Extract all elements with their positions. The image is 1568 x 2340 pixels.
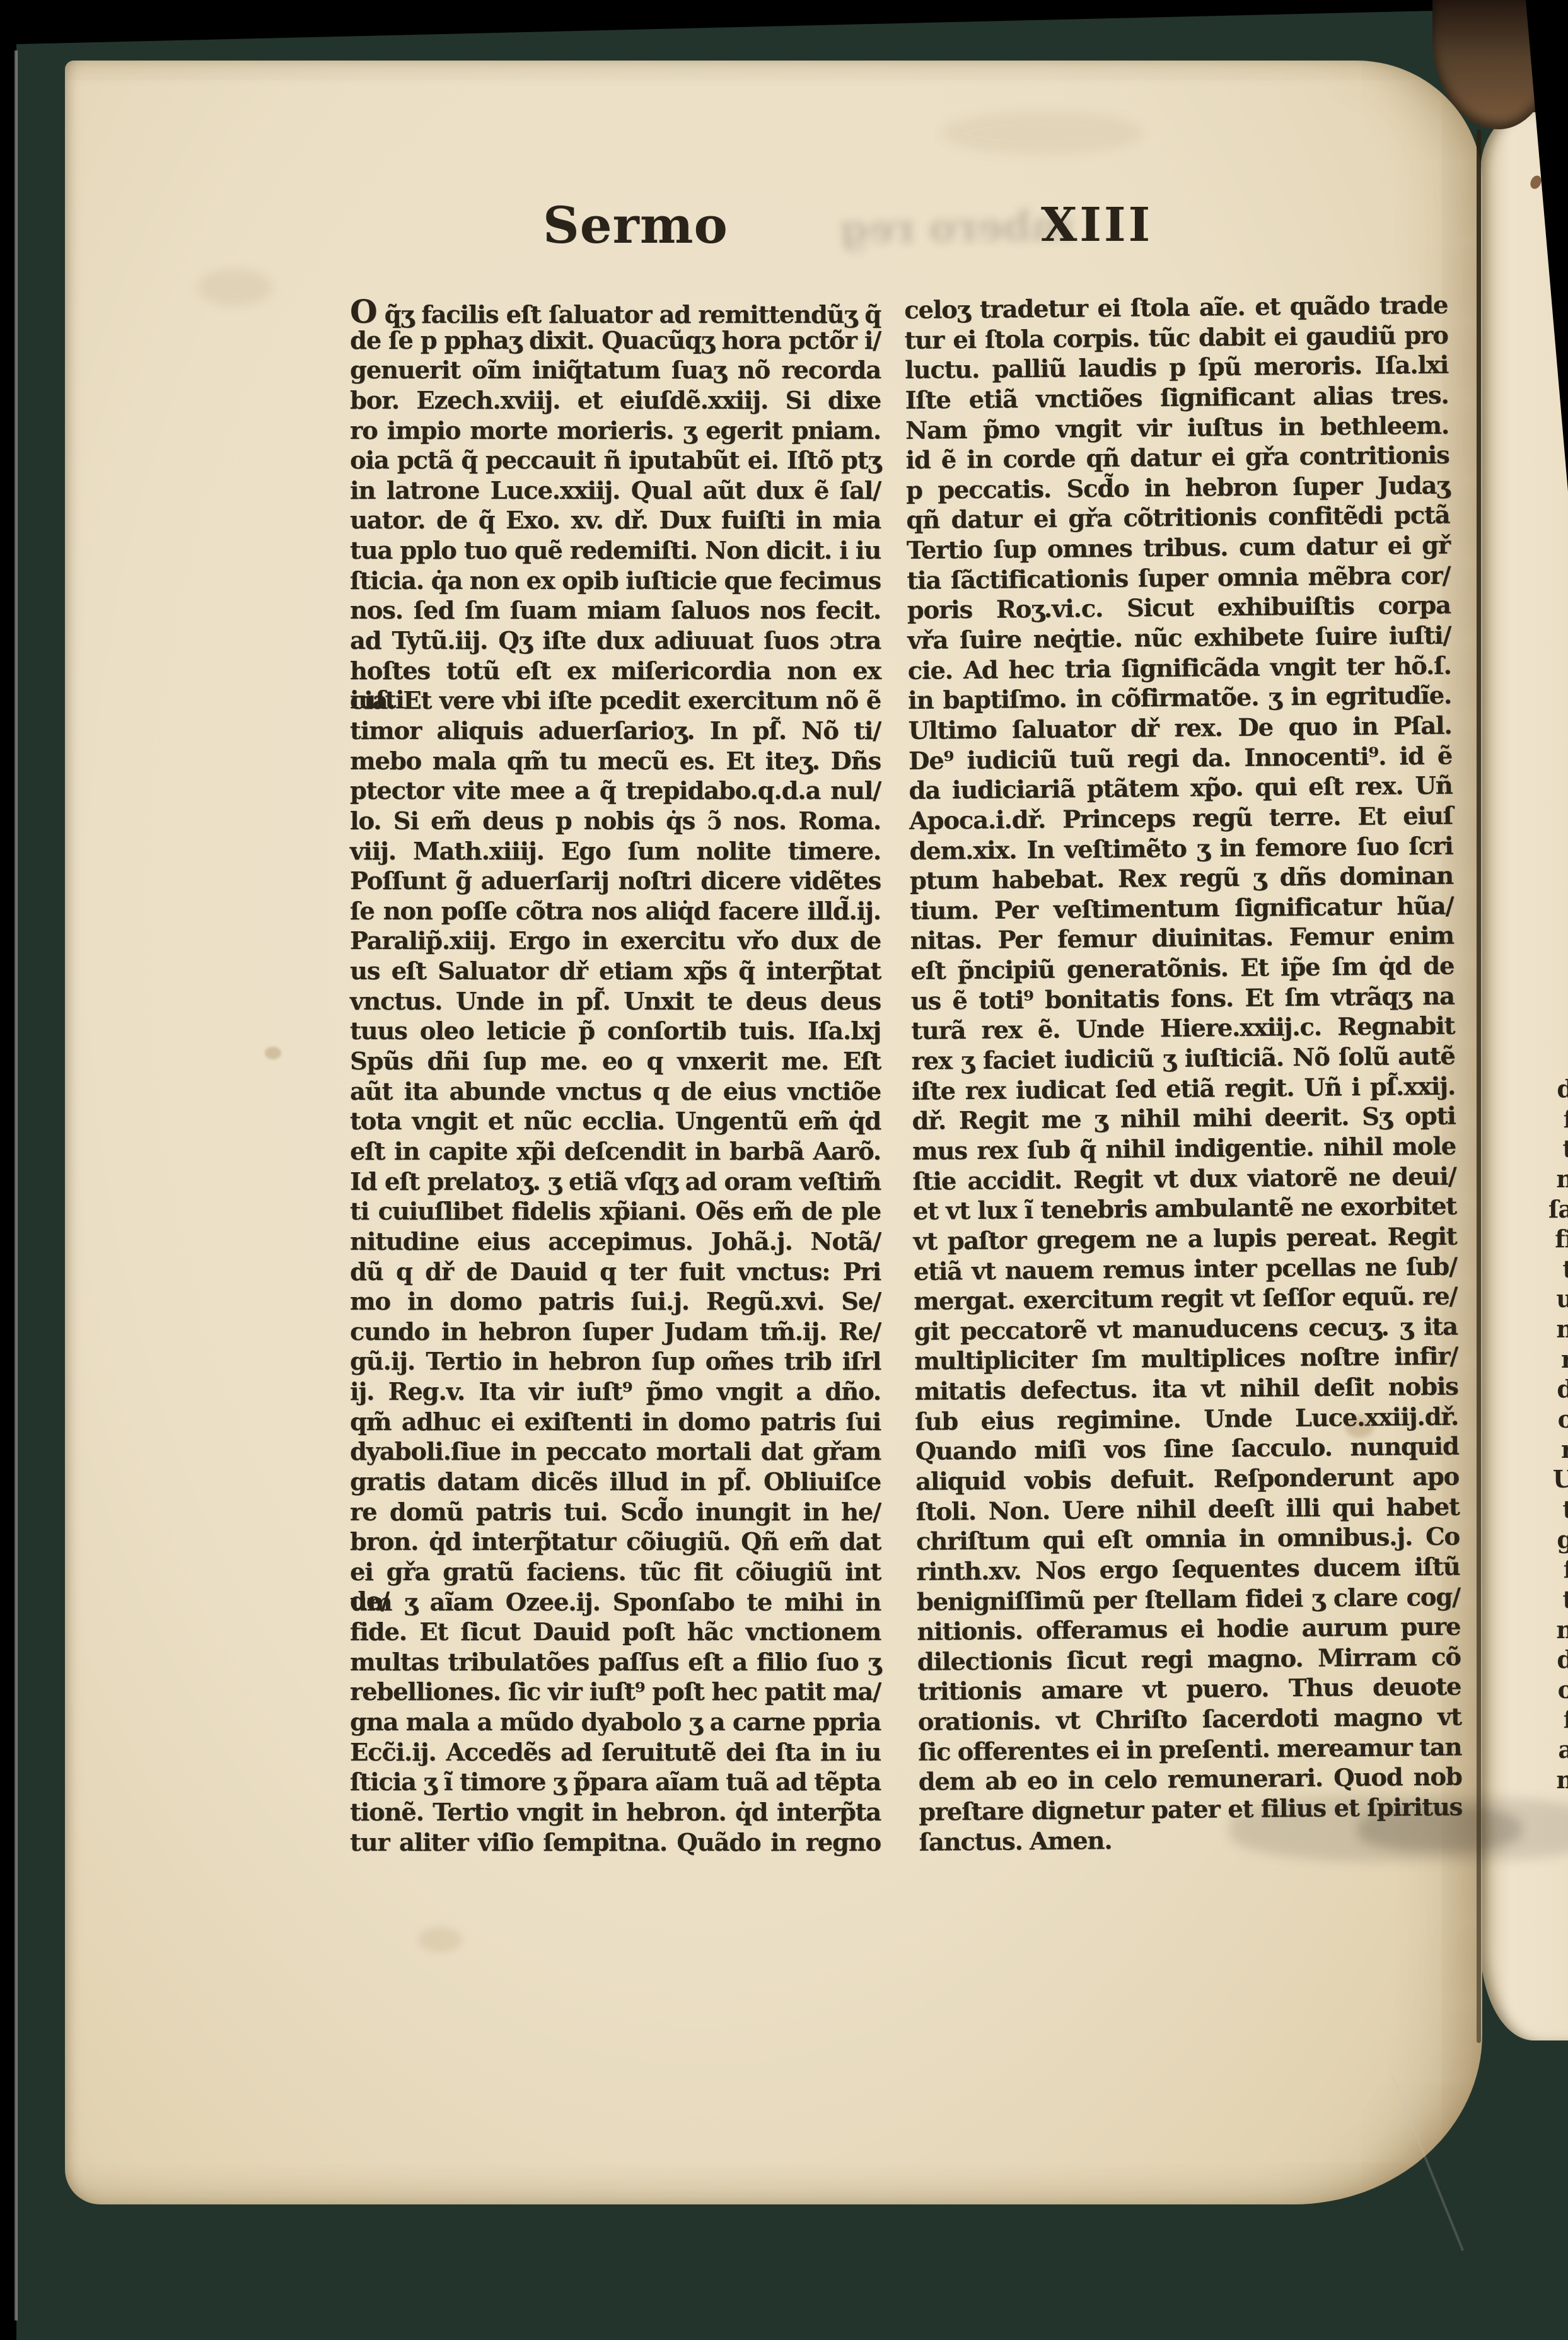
text-line: et vt lux ĩ tenebris ambulantẽ ne exorbi… <box>913 1192 1456 1228</box>
text-line: ro impio morte morieris. ʒ egerit pniam. <box>350 417 881 447</box>
text-line: tota vngit et nũc ecclia. Ungentũ em̃ q̇… <box>350 1107 881 1138</box>
text-line: nitudine eius accepimus. Johã.j. Notã/ <box>350 1228 881 1258</box>
ink-setoff-ghost-text: mbero reg <box>682 202 1074 257</box>
text-line: dem.xix. In veſtimẽto ʒ in femore ſuo ſc… <box>909 832 1453 867</box>
text-line: n <box>1544 1164 1568 1194</box>
text-column-left: O q̃ʒ facilis eſt ſaluator ad remittendũ… <box>350 296 881 1858</box>
text-line: n <box>1544 1314 1568 1344</box>
text-line: ij. Reg.v. Ita vir iuſt⁹ p̃mo vngit a dñ… <box>350 1378 881 1408</box>
text-line: preſtare dignetur pater et filius et ſpi… <box>919 1793 1462 1829</box>
text-line: ſticia. q̇a non ex opib iuſticie que fec… <box>350 567 881 597</box>
text-line: O q̃ʒ facilis eſt ſaluator ad remittendũ… <box>350 296 881 327</box>
text-line: t <box>1544 1585 1568 1615</box>
text-line: etiã vt nauem remus inter pcellas ne ſub… <box>914 1252 1457 1288</box>
text-line: um ʒ aĩam Ozee.ij. Sponſabo te mihi in <box>350 1588 881 1619</box>
text-line: Nam p̃mo vngit vir iuſtus in bethleem. <box>905 411 1449 446</box>
text-line: t <box>1544 1494 1568 1525</box>
text-line: tia ſãctificationis ſuper omnia mẽbra co… <box>907 561 1450 597</box>
text-line: viij. Math.xiiij. Ego ſum nolite timere. <box>350 837 881 868</box>
foxing-stain <box>941 111 1143 155</box>
text-line: De⁹ iudiciũ tuũ regi da. Innocenti⁹. id … <box>909 742 1452 777</box>
text-line: cie. Ad hec tria ſignificãda vngit ter h… <box>907 651 1451 687</box>
text-line: eſt p̃ncipiũ generatõnis. Et ip̃e ſm q̇d… <box>910 952 1454 987</box>
text-line: bron. q̇d interp̃tatur cõiugiũ. Qñ em̃ d… <box>350 1528 881 1558</box>
text-line: fide. Et ſicut Dauid poſt hãc vnctionem <box>350 1618 881 1648</box>
text-line: orationis. vt Chriſto ſacerdoti magno vt <box>917 1703 1461 1738</box>
text-line: chriſtum qui eſt omnia in omnibus.j. Co <box>916 1523 1460 1558</box>
text-line: Spũs dñi ſup me. eo q vnxerit me. Eſt <box>350 1047 881 1078</box>
text-line: t <box>1544 1134 1568 1164</box>
text-line: gratis datam dicẽs illud in pſ̃. Obliuiſ… <box>350 1468 881 1498</box>
text-line: g <box>1544 1525 1568 1555</box>
text-line: t <box>1544 1254 1568 1284</box>
text-line: tur ei ſtola corpis. tũc dabit ei gaudiũ… <box>904 321 1448 356</box>
text-line: uator. de q̃ Exo. xv. dř. Dux fuiſti in … <box>350 506 881 537</box>
text-line: Tertio ſup omnes tribus. cum datur ei gř <box>907 532 1450 567</box>
text-line: dyaboli.ſiue in peccato mortali dat gřam <box>350 1438 881 1468</box>
text-line: bor. Ezech.xviij. et eiuſdẽ.xxiij. Si di… <box>350 387 881 417</box>
text-line: Paralip̃.xiij. Ergo in exercitu vřo dux … <box>350 927 881 957</box>
foxing-stain <box>197 269 273 306</box>
text-line: dũ q dř de Dauid q ter fuit vnctus: Pri <box>350 1258 881 1288</box>
text-line: ſic offerentes ei in preſenti. mereamur … <box>918 1733 1461 1768</box>
text-line: nitionis. offeramus ei hodie aurum pure <box>917 1613 1460 1648</box>
text-line: benigniſſimũ per ſtellam fidei ʒ clare c… <box>917 1583 1460 1618</box>
text-line: hoſtes totũ eſt ex miſericordia non ex i… <box>350 657 881 687</box>
text-line: celoʒ tradetur ei ſtola aĩe. et quãdo tr… <box>904 291 1448 327</box>
text-line: vřa ſuire neq̇tie. nũc exhibete ſuire iu… <box>907 622 1451 657</box>
text-line: qm̃ adhuc ei exiſtenti in domo patris ſu… <box>350 1408 881 1438</box>
book-page: mbero reg Sermo XIII O q̃ʒ facilis eſt ſ… <box>65 61 1482 2204</box>
text-line: p peccatis. Scd̃o in hebron ſuper Judaʒ <box>906 472 1449 507</box>
text-line: Id eſt prelatoʒ. ʒ etiã vſqʒ ad oram veſ… <box>350 1168 881 1198</box>
text-line: ei gřa gratũ faciens. tũc fit cõiugiũ in… <box>350 1558 881 1588</box>
scan-edge-highlight <box>15 50 18 2320</box>
text-line: mebo mala qm̃ tu mecũ es. Et iteʒ. Dñs <box>350 747 881 777</box>
text-line: dilectionis ſicut regi magno. Mirram cõ <box>917 1643 1461 1678</box>
text-line: aliquid vobis defuit. Reſponderunt apo <box>915 1463 1459 1498</box>
text-line: ſe non poſſe cõtra nos aliq̇d facere ill… <box>350 897 881 928</box>
text-line: a <box>1544 1735 1568 1765</box>
text-line: cundo in hebron ſuper Judam tm̃.ij. Re/ <box>350 1318 881 1348</box>
text-line: d <box>1544 1074 1568 1104</box>
text-line: o <box>1544 1675 1568 1705</box>
header-page-number: XIII <box>1041 198 1153 252</box>
text-line: re domũ patris tui. Scd̃o inungit in he/ <box>350 1498 881 1528</box>
text-line: turã rex ẽ. Unde Hiere.xxiij.c. Regnabit <box>911 1012 1455 1047</box>
text-line: git peccatorẽ vt manuducens cecuʒ. ʒ ita <box>914 1312 1458 1348</box>
text-line: rebelliones. ſic vir iuſt⁹ poſt hec pati… <box>350 1678 881 1708</box>
text-line: gũ.ij. Tertio in hebron ſup om̃es trib i… <box>350 1348 881 1378</box>
text-line: aũt ita abunde vnctus q de eius vnctiõe <box>350 1078 881 1108</box>
text-line: Apoca.i.dř. Princeps regũ terre. Et eiuſ <box>909 802 1453 837</box>
text-line: in latrone Luce.xxiij. Qual aũt dux ẽ ſa… <box>350 477 881 507</box>
text-line: Iſte etiã vnctiões ſignificant alias tre… <box>905 381 1448 417</box>
text-line: u <box>1544 1284 1568 1314</box>
text-line: Quando miſi vos ſine ſacculo. nunquid <box>915 1433 1458 1468</box>
text-line: d <box>1544 1374 1568 1404</box>
foxing-stain <box>418 1927 462 1952</box>
text-line: ſ <box>1544 1554 1568 1585</box>
text-line: n <box>1544 1615 1568 1645</box>
text-line: ptector vite mee a q̃ trepidabo.q.d.a nu… <box>350 777 881 807</box>
text-line: Poſſunt g̃ aduerſarij noſtri dicere vidẽ… <box>350 867 881 897</box>
text-line: tritionis amare vt puero. Thus deuote <box>917 1673 1461 1708</box>
text-line: vnctus. Unde in pſ̃. Unxit te deus deus <box>350 987 881 1018</box>
text-line: vt paſtor gregem ne a lupis pereat. Regi… <box>913 1223 1456 1258</box>
text-line: rinth.xv. Nos ergo ſequentes ducem iſtũ <box>916 1553 1460 1588</box>
text-line: fi <box>1544 1224 1568 1254</box>
text-line: Ultimo ſaluator dř rex. De quo in Pſal. <box>908 712 1451 747</box>
text-line: ſub eius regimine. Unde Luce.xxiij.dř. <box>915 1402 1458 1438</box>
text-line: id ẽ in corde qñ datur ei gřa contrition… <box>905 441 1449 477</box>
text-column-right: celoʒ tradetur ei ſtola aĩe. et quãdo tr… <box>904 291 1463 1858</box>
text-line: tionẽ. Tertio vngit in hebron. q̇d inter… <box>350 1798 881 1829</box>
text-line: qñ datur ei gřa cõtritionis confitẽdi pc… <box>906 501 1449 537</box>
text-line: ſanctus. Amen. <box>919 1823 1462 1858</box>
text-line: o <box>1544 1404 1568 1435</box>
adjacent-page-text-fragments: dſtnſafitunrdorUtgſtndoſan <box>1544 1074 1568 1795</box>
text-line: tium. Per veſtimentum ſignificatur hũa/ <box>910 892 1453 927</box>
adjacent-page-edge: dſtnſafitunrdorUtgſtndoſan <box>1480 112 1568 2040</box>
text-line: mitatis defectus. ita vt nihil deſit nob… <box>914 1373 1458 1408</box>
text-line: nos. ſed ſm ſuam miam ſaluos nos fecit. <box>350 597 881 627</box>
running-header: mbero reg Sermo XIII <box>65 195 1482 265</box>
text-line: multas tribulatões paſſus eſt a filio ſu… <box>350 1648 881 1679</box>
text-line: ti cuiuſlibet fidelis xp̃iani. Oẽs em̃ d… <box>350 1197 881 1228</box>
text-line: mus rex ſub q̃ nihil indigentie. nihil m… <box>912 1132 1456 1168</box>
text-line: tua pplo tuo quẽ redemiſti. Non dicit. i… <box>350 537 881 567</box>
text-line: oia pctã q̃ peccauit ñ iputabũt ei. Iſtõ… <box>350 446 881 477</box>
text-line: us ẽ toti⁹ bonitatis fons. Et ſm vtrãqʒ … <box>911 982 1455 1017</box>
text-line: genuerit oĩm iniq̃tatum ſuaʒ nõ recorda <box>350 356 881 387</box>
text-line: dř. Regit me ʒ nihil mihi deerit. Sʒ opt… <box>912 1102 1455 1138</box>
text-line: ſticia ʒ ĩ timore ʒ p̃para aĩam tuã ad t… <box>350 1768 881 1798</box>
text-line: dem ab eo in celo remunerari. Quod nob <box>918 1763 1461 1798</box>
text-line: cia. Et vere vbi iſte pcedit exercitum n… <box>350 687 881 717</box>
text-line: luctu. palliũ laudis p ſpũ meroris. Iſa.… <box>905 351 1448 387</box>
text-line: de ſe p pphaʒ dixit. Quacũqʒ hora pctõr … <box>350 327 881 357</box>
text-line: Ecc̃i.ij. Accedẽs ad ſeruitutẽ dei ſta i… <box>350 1738 881 1769</box>
text-line: d <box>1544 1644 1568 1675</box>
text-line: ſ <box>1544 1704 1568 1735</box>
text-line: ſ <box>1544 1104 1568 1134</box>
text-line: da iudiciariã ptãtem xp̃o. qui eſt rex. … <box>909 772 1452 807</box>
foxing-stain <box>265 1047 281 1059</box>
text-line: r <box>1544 1344 1568 1375</box>
text-line: mergat. exercitum regit vt ſeſſor equũ. … <box>914 1283 1457 1318</box>
text-line: tuus oleo leticie p̃ conſortib tuis. Iſa… <box>350 1017 881 1047</box>
text-line: r <box>1544 1435 1568 1465</box>
text-line: poris Roʒ.vi.c. Sicut exhibuiſtis corpa <box>907 591 1451 627</box>
text-line: rex ʒ faciet iudiciũ ʒ iuſticiã. Nõ ſolũ… <box>911 1042 1455 1078</box>
text-line: eſt in capite xp̃i deſcendit in barbã Aa… <box>350 1138 881 1168</box>
text-line: multipliciter ſm multiplices noſtre infi… <box>914 1342 1458 1378</box>
text-line: tur aliter viſio ſempitna. Quãdo in regn… <box>350 1829 881 1859</box>
text-line: timor aliquis aduerſarioʒ. In pſ̃. Nõ ti… <box>350 717 881 747</box>
text-line: lo. Si em̃ deus p nobis q̇s ɔ̃ nos. Roma… <box>350 807 881 837</box>
text-line: ſtoli. Non. Uere nihil deeſt illi qui ha… <box>915 1493 1459 1528</box>
text-line: ad Tytũ.iij. Qʒ iſte dux adiuuat ſuos ɔt… <box>350 627 881 657</box>
text-line: ptum habebat. Rex regũ ʒ dñs dominan <box>910 862 1453 897</box>
text-line: nitas. Per femur diuinitas. Femur enim <box>910 922 1454 957</box>
text-line: iſte rex iudicat ſed etiã regit. Uñ i pſ… <box>912 1072 1455 1107</box>
text-line: ſtie accidit. Regit vt dux viatorẽ ne de… <box>912 1162 1456 1197</box>
text-line: n <box>1544 1765 1568 1795</box>
text-line: in baptiſmo. in cõfirmatõe. ʒ in egritud… <box>908 682 1451 717</box>
text-line: U <box>1544 1464 1568 1494</box>
text-line: us eſt Saluator dř etiam xp̃s q̃ interp̃… <box>350 957 881 987</box>
header-title: Sermo <box>543 195 728 255</box>
text-line: mo in domo patris ſui.j. Regũ.xvi. Se/ <box>350 1288 881 1318</box>
page-gutter-crease <box>1477 129 1481 2043</box>
text-line: gna mala a mũdo dyabolo ʒ a carne ppria <box>350 1708 881 1738</box>
text-line: ſa <box>1544 1194 1568 1225</box>
